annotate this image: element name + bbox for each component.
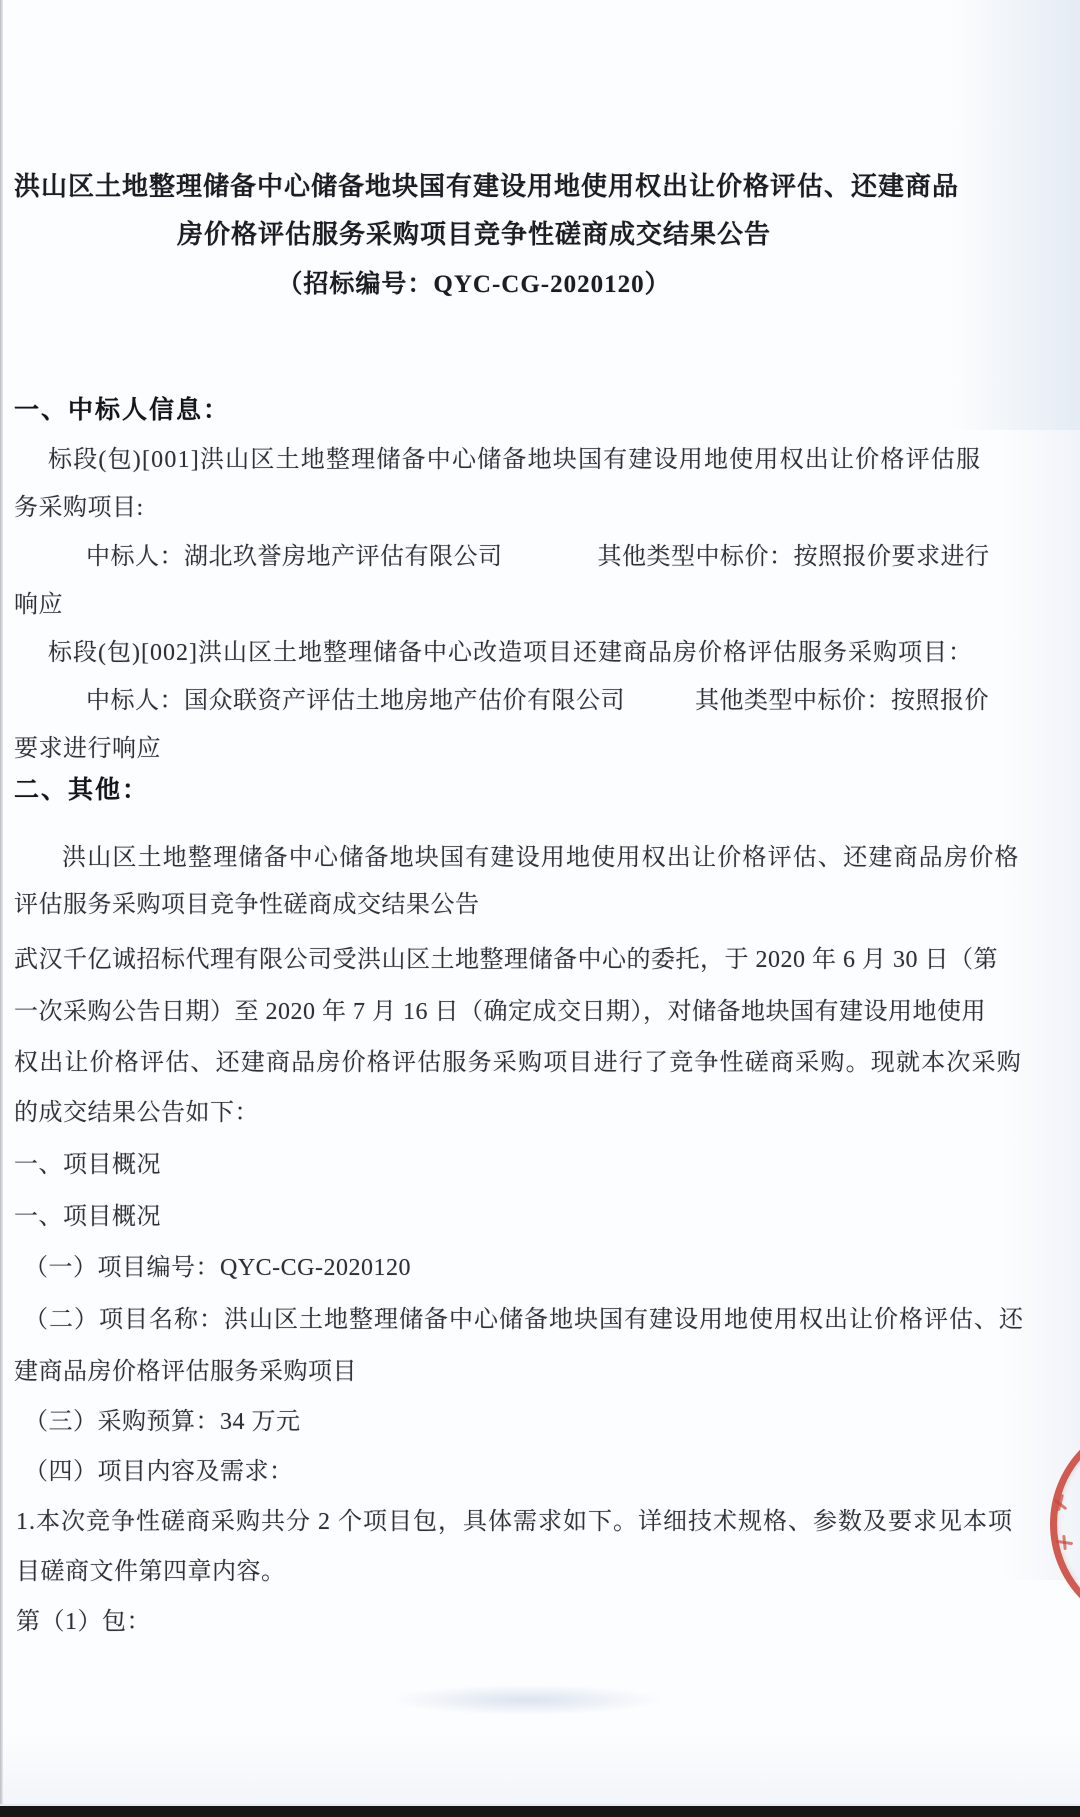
agency-paragraph-line-1: 武汉千亿诚招标代理有限公司受洪山区土地整理储备中心的委托，于 2020 年 6 … xyxy=(14,943,998,977)
lot-002-winner: 中标人：国众联资产评估土地房地产估价有限公司 xyxy=(86,684,625,718)
agency-paragraph-line-4: 的成交结果公告如下： xyxy=(14,1096,259,1130)
lot-001-price-continuation: 响应 xyxy=(14,588,63,622)
page-left-edge-line xyxy=(0,0,3,1817)
requirements-note-line-2: 目磋商文件第四章内容。 xyxy=(16,1555,286,1589)
project-overview-heading-1: 一、项目概况 xyxy=(14,1148,161,1182)
lot-002-price-continuation: 要求进行响应 xyxy=(14,732,161,766)
lot-001-line-2: 务采购项目: xyxy=(14,491,144,525)
red-seal-stamp xyxy=(1050,1417,1080,1631)
project-overview-heading-2: 一、项目概况 xyxy=(14,1200,161,1234)
lot-002-line-1: 标段(包)[002]洪山区土地整理储备中心改造项目还建商品房价格评估服务采购项目… xyxy=(48,636,973,670)
scan-tint-bottom xyxy=(0,1726,1080,1806)
agency-paragraph-line-3: 权出让价格评估、还建商品房价格评估服务采购项目进行了竞争性磋商采购。现就本次采购 xyxy=(14,1046,1022,1080)
budget-item: （三）采购预算：34 万元 xyxy=(24,1405,301,1439)
agency-paragraph-line-2: 一次采购公告日期）至 2020 年 7 月 16 日（确定成交日期），对储备地块… xyxy=(14,995,986,1029)
lot-002-winner-row: 中标人：国众联资产评估土地房地产估价有限公司 其他类型中标价：按照报价 xyxy=(86,684,989,718)
lot-001-winner: 中标人：湖北玖誉房地产评估有限公司 xyxy=(86,540,503,574)
content-requirements-item: （四）项目内容及需求： xyxy=(24,1455,294,1489)
lot-001-winner-row: 中标人：湖北玖誉房地产评估有限公司 其他类型中标价：按照报价要求进行 xyxy=(86,540,990,574)
tender-number-line: （招标编号：QYC-CG-2020120） xyxy=(14,268,934,302)
requirements-note-line-1: 1.本次竞争性磋商采购共分 2 个项目包，具体需求如下。详细技术规格、参数及要求… xyxy=(16,1505,1013,1539)
scan-tint-right xyxy=(1000,430,1080,1580)
project-name-item-line-1: （二）项目名称：洪山区土地整理储备中心储备地块国有建设用地使用权出让价格评估、还 xyxy=(24,1303,1024,1337)
project-number-item: （一）项目编号：QYC-CG-2020120 xyxy=(24,1251,411,1285)
document-title-line-1: 洪山区土地整理储备中心储备地块国有建设用地使用权出让价格评估、还建商品 xyxy=(14,170,934,204)
lot-001-line-1: 标段(包)[001]洪山区土地整理储备中心储备地块国有建设用地使用权出让价格评估… xyxy=(48,443,981,477)
project-name-item-line-2: 建商品房价格评估服务采购项目 xyxy=(14,1355,357,1389)
lot-001-price-type: 其他类型中标价：按照报价要求进行 xyxy=(598,540,990,574)
document-title-line-2: 房价格评估服务采购项目竞争性磋商成交结果公告 xyxy=(14,218,934,252)
scanned-document-page: 洪山区土地整理储备中心储备地块国有建设用地使用权出让价格评估、还建商品 房价格评… xyxy=(0,0,1080,1817)
scan-tint-top-right xyxy=(950,0,1080,430)
announcement-restate-line-1: 洪山区土地整理储备中心储备地块国有建设用地使用权出让价格评估、还建商品房价格 xyxy=(62,841,1020,875)
scanner-black-bar xyxy=(0,1804,1080,1817)
scan-smudge xyxy=(392,1685,662,1715)
section-2-heading: 二、其他： xyxy=(14,773,149,807)
section-1-heading: 一、中标人信息： xyxy=(14,393,230,427)
announcement-restate-line-2: 评估服务采购项目竞争性磋商成交结果公告 xyxy=(14,888,480,922)
lot-002-price-type: 其他类型中标价：按照报价 xyxy=(695,684,989,718)
package-1-label: 第（1）包： xyxy=(16,1605,151,1639)
